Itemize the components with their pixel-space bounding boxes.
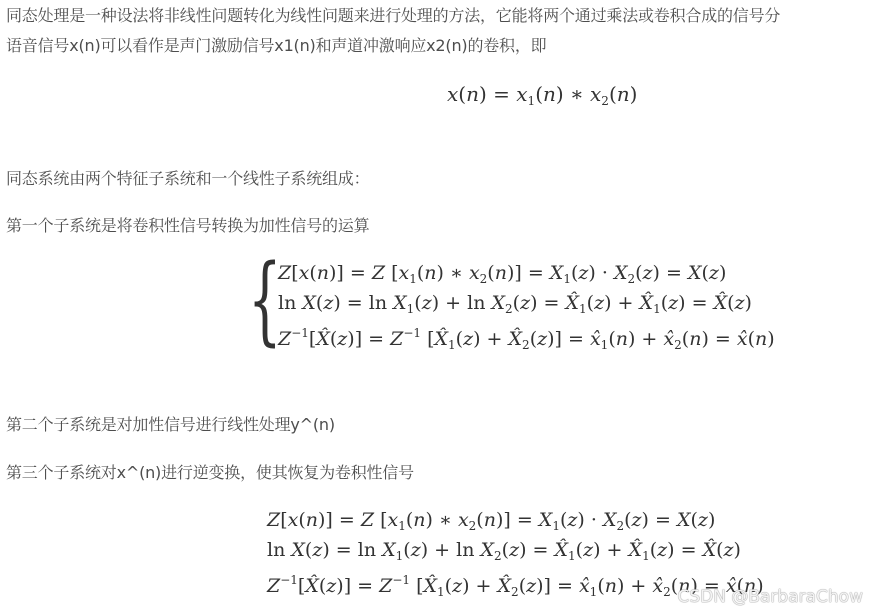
paragraph-intro-line1: 同态处理是一种设法将非线性问题转化为线性问题来进行处理的方法，它能将两个通过乘法… (6, 3, 780, 26)
paragraph-intro-line2: 语音信号x(n)可以看作是声门激励信号x1(n)和声道冲激响应x2(n)的卷积，… (6, 33, 546, 56)
equation-system-1: Z[x(n)] = Z [x1(n) ∗ x2(n)] = X1(z) · X2… (278, 258, 775, 348)
paragraph-third-subsystem: 第三个子系统对x^(n)进行逆变换，使其恢复为卷积性信号 (6, 460, 414, 483)
equation-line: Z[x(n)] = Z [x1(n) ∗ x2(n)] = X1(z) · X2… (267, 505, 764, 535)
paragraph-second-subsystem: 第二个子系统是对加性信号进行线性处理y^(n) (6, 412, 335, 435)
equation-system-2: Z[x(n)] = Z [x1(n) ∗ x2(n)] = X1(z) · X2… (267, 505, 764, 595)
equation-line: ln X(z) = ln X1(z) + ln X2(z) = X̂1(z) +… (267, 535, 764, 565)
equation-line: Z−1[X̂(z)] = Z−1 [X̂1(z) + X̂2(z)] = x̂1… (278, 318, 775, 348)
left-brace: { (248, 252, 282, 348)
equation-convolution: x(n) = x1(n) ∗ x2(n) (447, 82, 637, 108)
equation-line: Z[x(n)] = Z [x1(n) ∗ x2(n)] = X1(z) · X2… (278, 258, 775, 288)
equation-line: ln X(z) = ln X1(z) + ln X2(z) = X̂1(z) +… (278, 288, 775, 318)
paragraph-system-composition: 同态系统由两个特征子系统和一个线性子系统组成： (6, 166, 369, 189)
paragraph-first-subsystem: 第一个子系统是将卷积性信号转换为加性信号的运算 (6, 213, 369, 236)
watermark: CSDN @BarbaraChow (677, 587, 863, 607)
